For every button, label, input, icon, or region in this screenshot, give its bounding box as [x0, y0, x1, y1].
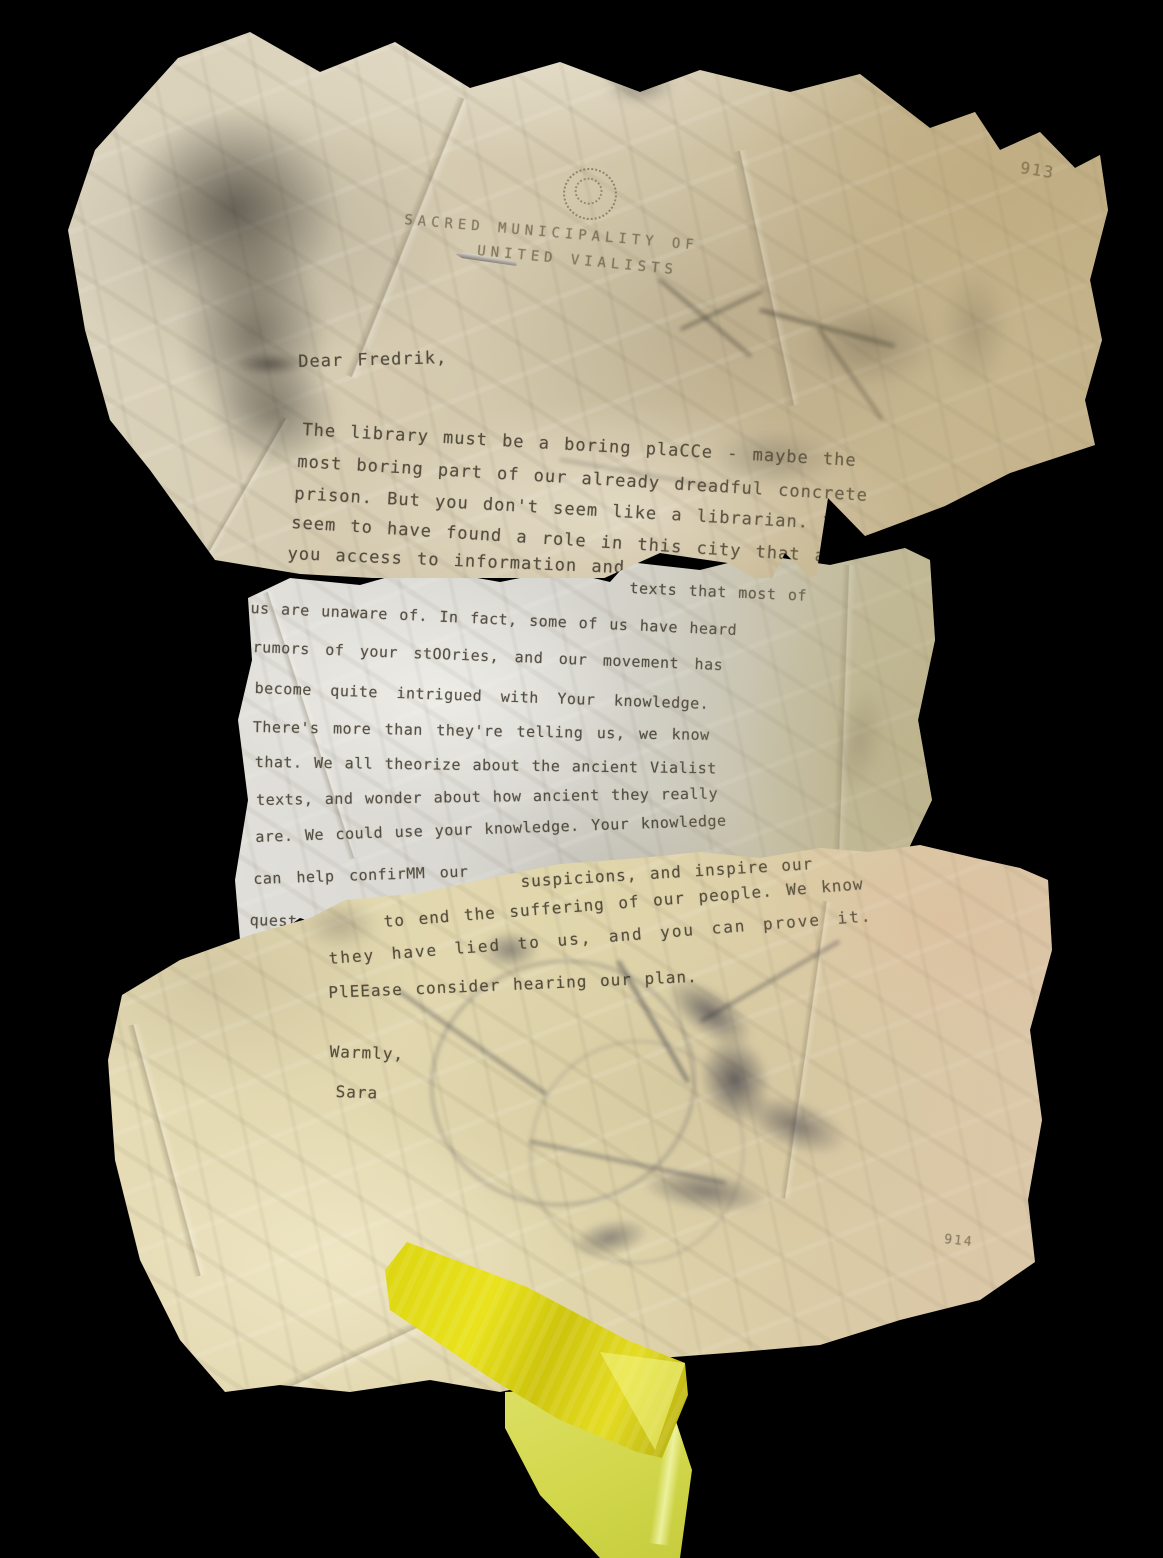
closing: Warmly, [329, 1042, 404, 1064]
signature: Sara [335, 1082, 378, 1102]
page-number-bottom: 914 [943, 1232, 974, 1250]
ink-smudge [605, 68, 675, 104]
paper-piece-top: SACRED MUNICIPALITY OF UNITED VIALISTS 9… [60, 28, 1135, 578]
ink-smudge [940, 268, 1010, 388]
seal-stamp-inner-ring [572, 175, 605, 207]
letter-photo-scene: texts that most of us are unaware of. In… [0, 0, 1163, 1558]
ink-smudge [235, 353, 305, 375]
ink-smudge [800, 298, 940, 388]
salutation: Dear Fredrik, [298, 348, 448, 372]
